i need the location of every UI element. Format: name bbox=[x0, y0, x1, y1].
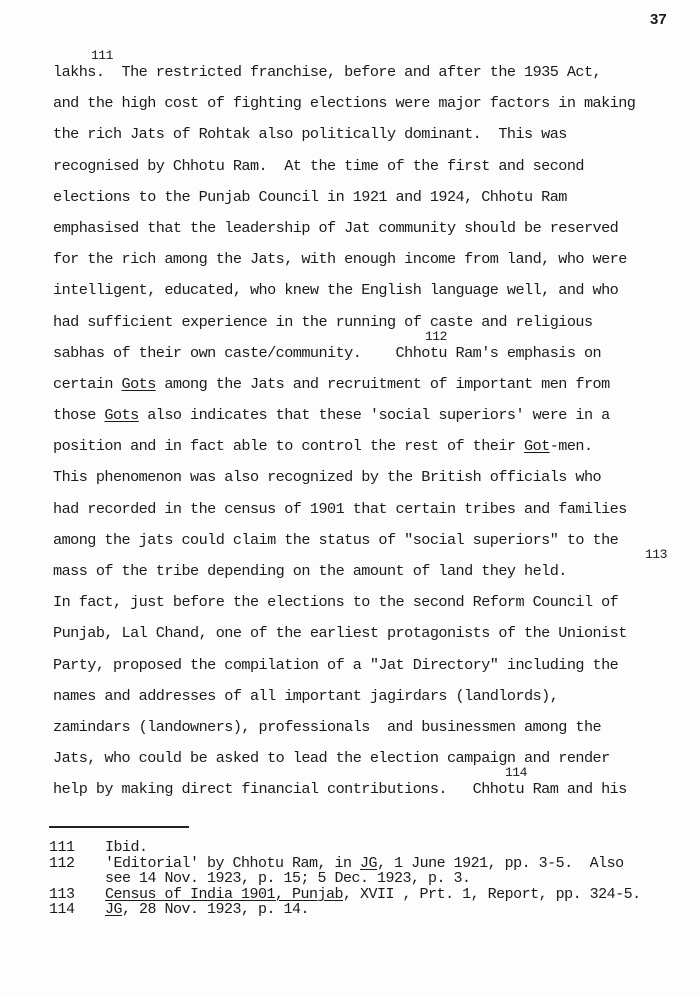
text-run: emphasised that the leadership of Jat co… bbox=[53, 219, 618, 237]
footnote-text: JG, 28 Nov. 1923, p. 14. bbox=[105, 902, 689, 918]
text-line: mass of the tribe depending on the amoun… bbox=[53, 556, 693, 587]
text-run: , 28 Nov. 1923, p. 14. bbox=[122, 901, 309, 918]
underlined-term: Gots bbox=[122, 375, 156, 393]
text-run: mass of the tribe depending on the amoun… bbox=[53, 562, 567, 580]
footnote-separator bbox=[49, 826, 189, 828]
text-line: among the jats could claim the status of… bbox=[53, 525, 693, 556]
underlined-term: Gots bbox=[104, 406, 138, 424]
text-run: This phenomenon was also recognized by t… bbox=[53, 468, 601, 486]
text-run: among the jats could claim the status of… bbox=[53, 531, 618, 549]
text-run: see 14 Nov. 1923, p. 15; 5 Dec. 1923, p.… bbox=[105, 870, 471, 887]
underlined-term: Got bbox=[524, 437, 550, 455]
footnote-text: Ibid. bbox=[105, 840, 689, 856]
page-number: 37 bbox=[650, 11, 667, 28]
text-line: emphasised that the leadership of Jat co… bbox=[53, 213, 693, 244]
text-run: zamindars (landowners), professionals an… bbox=[53, 718, 601, 736]
text-line: Jats, who could be asked to lead the ele… bbox=[53, 743, 693, 774]
text-run: help by making direct financial contribu… bbox=[53, 780, 627, 798]
footnote-reference: 113 bbox=[645, 548, 667, 561]
text-run: position and in fact able to control the… bbox=[53, 437, 524, 455]
text-line: This phenomenon was also recognized by t… bbox=[53, 462, 693, 493]
text-run: -men. bbox=[550, 437, 593, 455]
text-run: intelligent, educated, who knew the Engl… bbox=[53, 281, 618, 299]
underlined-term: JG bbox=[105, 901, 122, 918]
footnotes: 111Ibid.112'Editorial' by Chhotu Ram, in… bbox=[49, 840, 689, 918]
text-line: those Gots also indicates that these 'so… bbox=[53, 400, 693, 431]
footnote-text: 'Editorial' by Chhotu Ram, in JG, 1 June… bbox=[105, 856, 689, 872]
text-run: had recorded in the census of 1901 that … bbox=[53, 500, 627, 518]
footnote-reference: 112 bbox=[425, 330, 447, 343]
text-line: In fact, just before the elections to th… bbox=[53, 587, 693, 618]
text-line: intelligent, educated, who knew the Engl… bbox=[53, 275, 693, 306]
underlined-term: JG bbox=[360, 855, 377, 872]
text-run: sabhas of their own caste/community. Chh… bbox=[53, 344, 601, 362]
text-line: lakhs. The restricted franchise, before … bbox=[53, 57, 693, 88]
text-line: had sufficient experience in the running… bbox=[53, 307, 693, 338]
footnote: see 14 Nov. 1923, p. 15; 5 Dec. 1923, p.… bbox=[49, 871, 689, 887]
text-run: recognised by Chhotu Ram. At the time of… bbox=[53, 157, 584, 175]
text-run: lakhs. The restricted franchise, before … bbox=[53, 63, 601, 81]
footnote-text: see 14 Nov. 1923, p. 15; 5 Dec. 1923, p.… bbox=[105, 871, 689, 887]
text-line: had recorded in the census of 1901 that … bbox=[53, 494, 693, 525]
footnote-number: 114 bbox=[49, 902, 105, 918]
text-run: Ibid. bbox=[105, 839, 148, 856]
footnote-number: 111 bbox=[49, 840, 105, 856]
text-line: and the high cost of fighting elections … bbox=[53, 88, 693, 119]
text-line: help by making direct financial contribu… bbox=[53, 774, 693, 805]
text-run: names and addresses of all important jag… bbox=[53, 687, 558, 705]
footnote: 113Census of India 1901, Punjab, XVII , … bbox=[49, 887, 689, 903]
text-line: recognised by Chhotu Ram. At the time of… bbox=[53, 151, 693, 182]
footnote: 114JG, 28 Nov. 1923, p. 14. bbox=[49, 902, 689, 918]
text-run: those bbox=[53, 406, 104, 424]
footnote-number: 112 bbox=[49, 856, 105, 872]
text-run: In fact, just before the elections to th… bbox=[53, 593, 618, 611]
footnote-text: Census of India 1901, Punjab, XVII , Prt… bbox=[105, 887, 689, 903]
text-line: position and in fact able to control the… bbox=[53, 431, 693, 462]
text-run: Punjab, Lal Chand, one of the earliest p… bbox=[53, 624, 627, 642]
text-run: the rich Jats of Rohtak also politically… bbox=[53, 125, 567, 143]
text-run: and the high cost of fighting elections … bbox=[53, 94, 635, 112]
footnote: 111Ibid. bbox=[49, 840, 689, 856]
text-run: also indicates that these 'social superi… bbox=[139, 406, 610, 424]
text-line: names and addresses of all important jag… bbox=[53, 681, 693, 712]
text-run: , 1 June 1921, pp. 3-5. Also bbox=[377, 855, 624, 872]
footnote-reference: 114 bbox=[505, 766, 527, 779]
text-line: elections to the Punjab Council in 1921 … bbox=[53, 182, 693, 213]
text-run: 'Editorial' by Chhotu Ram, in bbox=[105, 855, 360, 872]
text-run: elections to the Punjab Council in 1921 … bbox=[53, 188, 567, 206]
underlined-term: Census of India 1901, Punjab bbox=[105, 886, 343, 903]
text-line: for the rich among the Jats, with enough… bbox=[53, 244, 693, 275]
text-line: zamindars (landowners), professionals an… bbox=[53, 712, 693, 743]
text-run: had sufficient experience in the running… bbox=[53, 313, 593, 331]
footnote-reference: 111 bbox=[91, 49, 113, 62]
text-line: the rich Jats of Rohtak also politically… bbox=[53, 119, 693, 150]
text-run: for the rich among the Jats, with enough… bbox=[53, 250, 627, 268]
body-paragraph: lakhs. The restricted franchise, before … bbox=[53, 47, 693, 806]
text-line: Party, proposed the compilation of a "Ja… bbox=[53, 650, 693, 681]
text-run: certain bbox=[53, 375, 122, 393]
text-line: certain Gots among the Jats and recruitm… bbox=[53, 369, 693, 400]
text-line: sabhas of their own caste/community. Chh… bbox=[53, 338, 693, 369]
footnote-number bbox=[49, 871, 105, 887]
text-line: Punjab, Lal Chand, one of the earliest p… bbox=[53, 618, 693, 649]
text-run: among the Jats and recruitment of import… bbox=[156, 375, 610, 393]
text-run: Party, proposed the compilation of a "Ja… bbox=[53, 656, 618, 674]
footnote-number: 113 bbox=[49, 887, 105, 903]
footnote: 112'Editorial' by Chhotu Ram, in JG, 1 J… bbox=[49, 856, 689, 872]
text-run: , XVII , Prt. 1, Report, pp. 324-5. bbox=[343, 886, 641, 903]
